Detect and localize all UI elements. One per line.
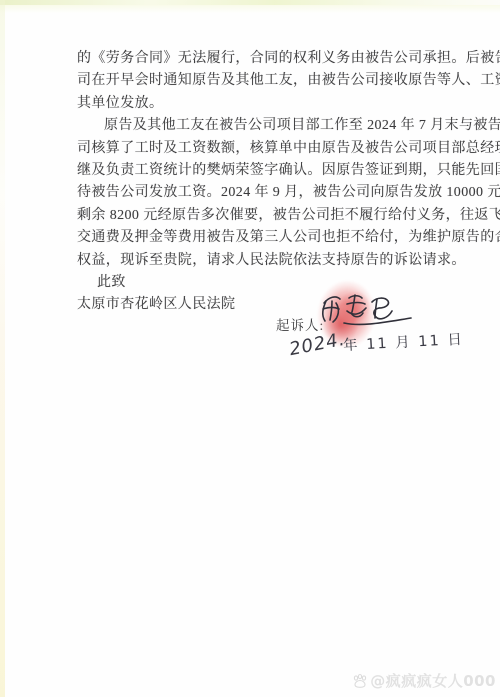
document-line: 继及负责工资统计的樊炳荣签字确认。因原告签证到期，只能先回国等 <box>77 160 449 182</box>
document-line: 权益，现诉至贵院，请求人民法院依法支持原告的诉讼请求。 <box>77 250 449 272</box>
document-line: 原告及其他工友在被告公司项目部工作至 2024 年 7 月末与被告公 <box>77 115 449 137</box>
document-line: 交通费及押金等费用被告及第三人公司也拒不给付，为维护原告的合法 <box>77 227 449 249</box>
handwritten-signature <box>314 290 414 330</box>
watermark: @疯疯疯女人000 <box>352 670 496 691</box>
document-line: 司核算了工时及工资数额，核算单中由原告及被告公司项目部总经理何 <box>77 138 449 160</box>
document-line: 其单位发放。 <box>77 93 449 115</box>
scan-edge-tint-top-fade <box>0 5 500 13</box>
document-line: 司在开早会时通知原告及其他工友，由被告公司接收原告等人、工资由 <box>77 70 449 92</box>
document-line: 的《劳务合同》无法履行，合同的权利义务由被告公司承担。后被告公 <box>77 48 449 70</box>
document-line: 待被告公司发放工资。2024 年 9 月，被告公司向原告发放 10000 元工资… <box>77 182 449 204</box>
scan-edge-tint-left <box>0 0 5 697</box>
watermark-text: @疯疯疯女人000 <box>370 670 496 691</box>
document-line: 剩余 8200 元经原告多次催要，被告公司拒不履行给付义务，往返飞机票 <box>77 205 449 227</box>
complaint-body-text: 的《劳务合同》无法履行，合同的权利义务由被告公司承担。后被告公 司在开早会时通知… <box>77 48 449 317</box>
document-photo-page: 的《劳务合同》无法履行，合同的权利义务由被告公司承担。后被告公 司在开早会时通知… <box>0 0 500 697</box>
paw-icon <box>352 673 368 689</box>
